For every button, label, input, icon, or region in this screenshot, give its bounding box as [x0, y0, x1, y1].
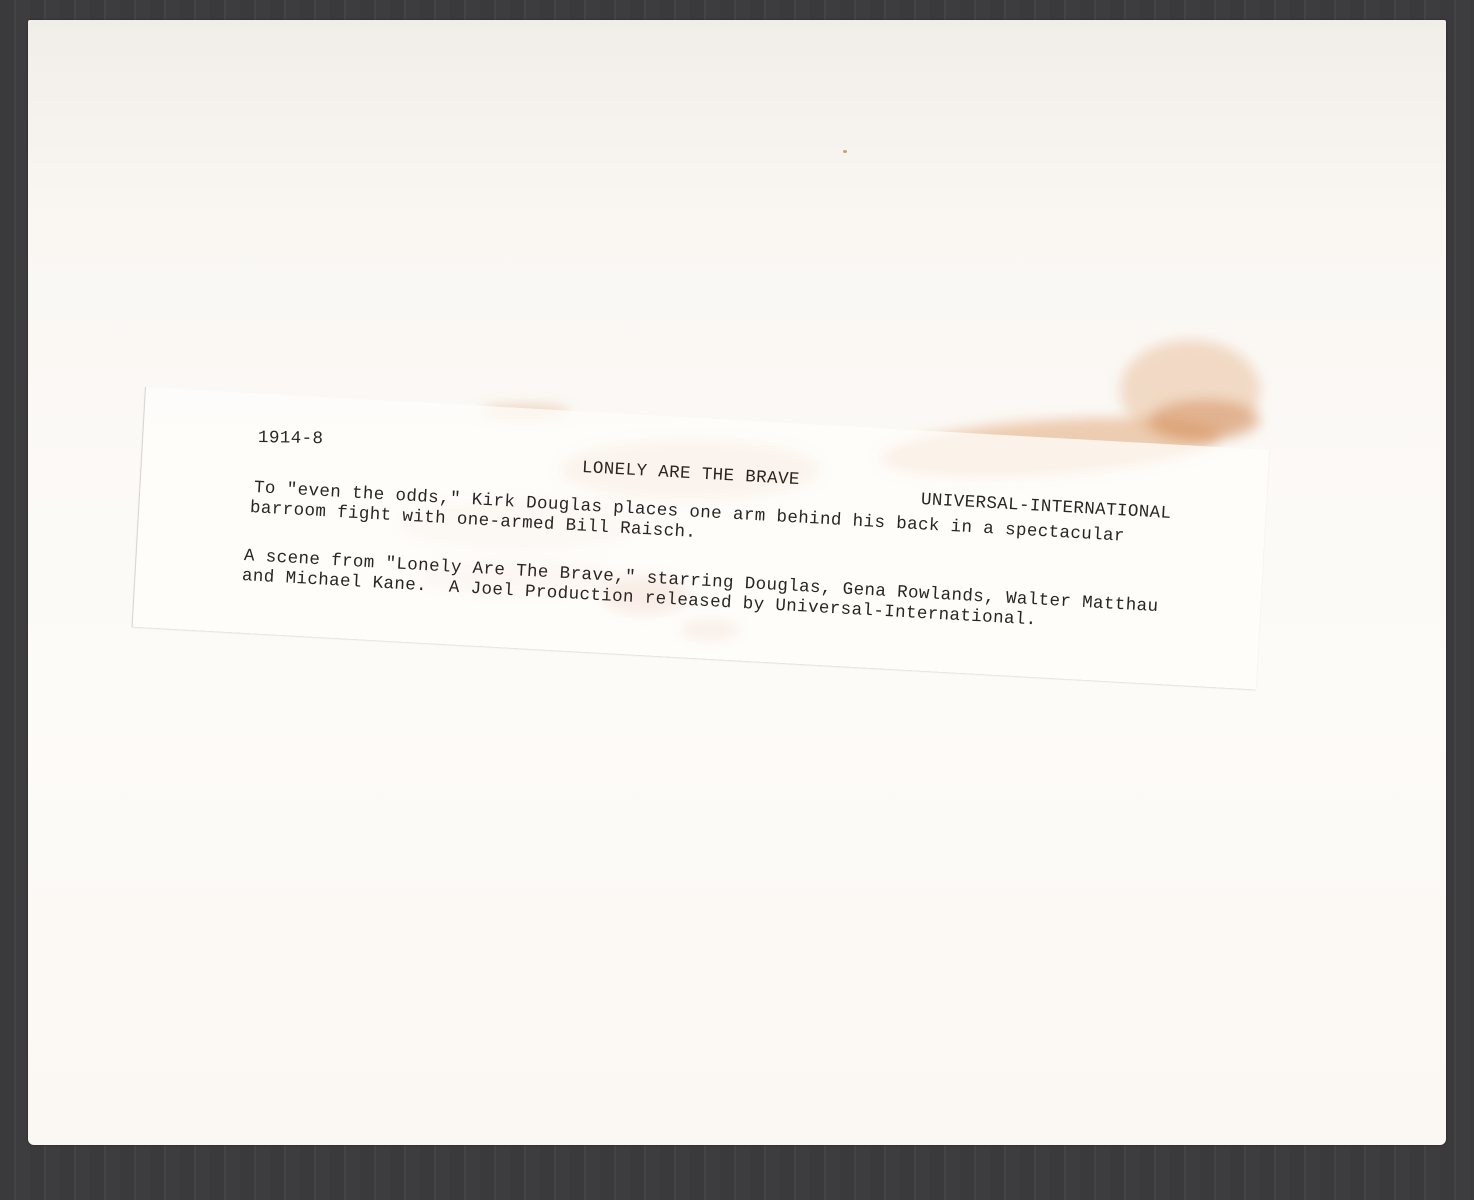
paper-speck	[843, 150, 847, 153]
still-number: 1914-8	[258, 428, 324, 449]
